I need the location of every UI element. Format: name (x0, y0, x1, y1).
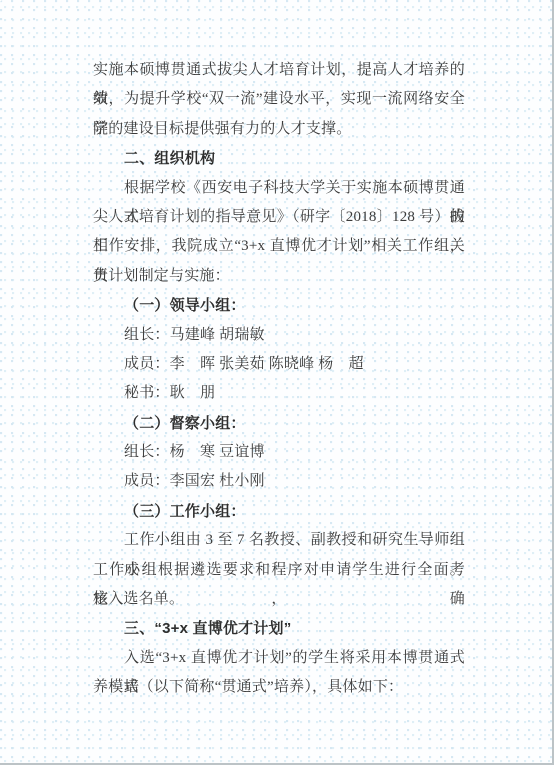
roster-line-leader: 组长：马建峰 胡瑞敏 (93, 321, 465, 350)
roster-line-leader: 组长：杨 寒 豆谊博 (93, 438, 465, 467)
document-body: 实施本硕博贯通式拔尖人才培育计划，提高人才培养的绩 效，为提升学校“双一流”建设… (0, 0, 465, 703)
paragraph-line: 工作小组由 3 至 7 名教授、副教授和研究生导师组成。 (93, 526, 465, 555)
paragraph-line: 尖人才培育计划的指导意见》（研字〔2018〕128 号）的相关 (93, 203, 465, 232)
roster-line-secretary: 秘书：耿 朋 (93, 379, 465, 408)
paragraph-line: 工作小组根据遴选要求和程序对申请学生进行全面考核，确 (93, 556, 465, 585)
paragraph-line: 责计划制定与实施： (93, 262, 465, 291)
paragraph-line: 入选“3+x 直博优才计划”的学生将采用本博贯通式培 (93, 644, 465, 673)
paragraph-line: 实施本硕博贯通式拔尖人才培育计划，提高人才培养的绩 (93, 56, 465, 85)
subsection-heading-supervision-group: （二）督察小组： (93, 409, 465, 438)
paragraph-line: 工作安排，我院成立“3+x 直博优才计划”相关工作组，负 (93, 232, 465, 261)
section-heading-3x-plan: 三、“3+x 直博优才计划” (93, 614, 465, 643)
subsection-heading-working-group: （三）工作小组： (93, 497, 465, 526)
subsection-heading-leadership-group: （一）领导小组： (93, 291, 465, 320)
section-heading-organization: 二、组织机构 (93, 144, 465, 173)
roster-line-members: 成员：李 晖 张美茹 陈晓峰 杨 超 (93, 350, 465, 379)
paragraph-line: 养模式（以下简称“贯通式”培养），具体如下： (93, 673, 465, 702)
roster-line-members: 成员：李国宏 杜小刚 (93, 467, 465, 496)
paragraph-line: 根据学校《西安电子科技大学关于实施本硕博贯通式拔 (93, 174, 465, 203)
document-page: 实施本硕博贯通式拔尖人才培育计划，提高人才培养的绩 效，为提升学校“双一流”建设… (0, 0, 554, 765)
paragraph-line: 院的建设目标提供强有力的人才支撑。 (93, 115, 465, 144)
paragraph-line: 效，为提升学校“双一流”建设水平，实现一流网络安全学 (93, 85, 465, 114)
